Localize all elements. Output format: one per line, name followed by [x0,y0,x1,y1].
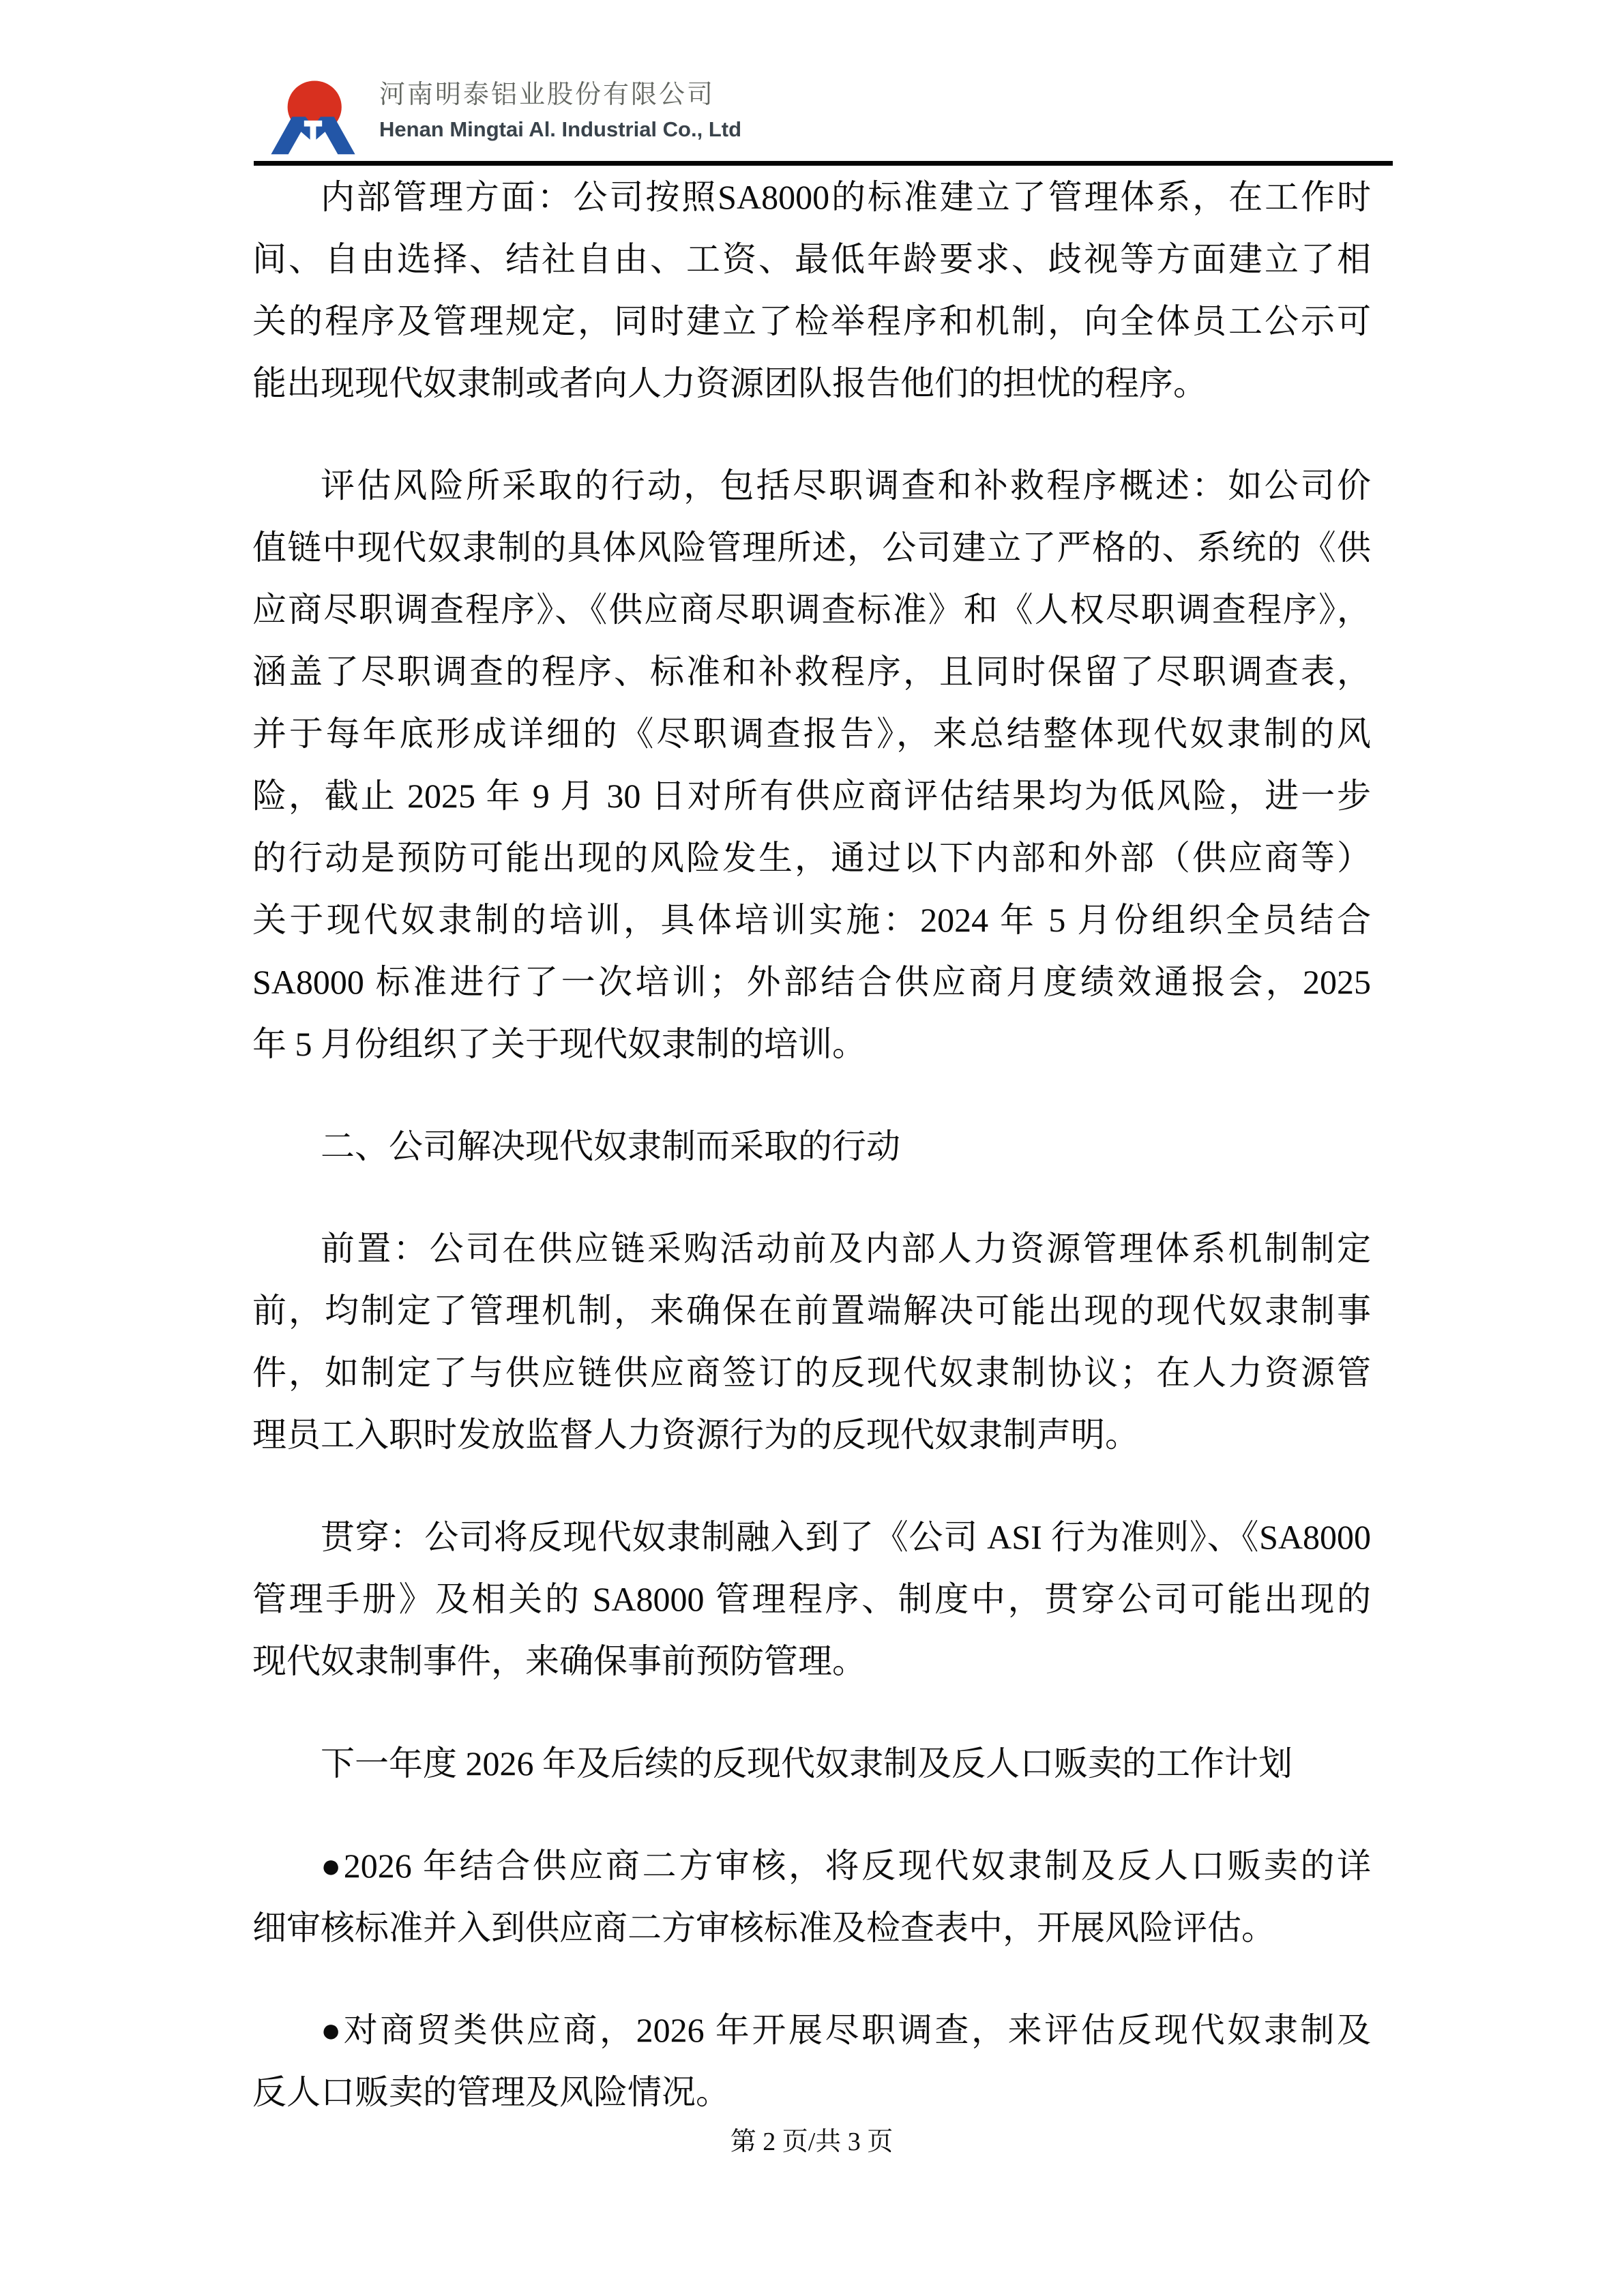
text-line: 关的程序及管理规定，同时建立了检举程序和机制，向全体员工公示可 [252,290,1371,353]
text-line: 管理手册》及相关的 SA8000 管理程序、制度中，贯穿公司可能出现的 [252,1568,1371,1630]
mingtai-logo-icon [268,79,358,158]
document-body: 内部管理方面：公司按照SA8000的标准建立了管理体系，在工作时 间、自由选择、… [252,166,1371,2123]
bullet-line: ●2026 年结合供应商二方审核，将反现代奴隶制及反人口贩卖的详 [252,1835,1371,1897]
text-line: 年 5 月份组织了关于现代奴隶制的培训。 [252,1013,1371,1075]
text-line: 理员工入职时发放监督人力资源行为的反现代奴隶制声明。 [252,1404,1371,1466]
section-heading: 二、公司解决现代奴隶制而采取的行动 [252,1116,1371,1178]
text-line: 的行动是预防可能出现的风险发生，通过以下内部和外部（供应商等） [252,827,1371,889]
header-divider [254,161,1393,166]
text-line: 贯穿：公司将反现代奴隶制融入到了《公司 ASI 行为准则》、《SA8000 [252,1506,1371,1568]
paragraph-pre-placement: 前置：公司在供应链采购活动前及内部人力资源管理体系机制制定 前，均制定了管理机制… [252,1218,1371,1466]
text-line: 前置：公司在供应链采购活动前及内部人力资源管理体系机制制定 [252,1218,1371,1280]
section-heading-actions: 二、公司解决现代奴隶制而采取的行动 [252,1116,1371,1178]
paragraph-internal-management: 内部管理方面：公司按照SA8000的标准建立了管理体系，在工作时 间、自由选择、… [252,166,1371,415]
text-line: 值链中现代奴隶制的具体风险管理所述，公司建立了严格的、系统的《供 [252,517,1371,579]
document-page: 河南明泰铝业股份有限公司 Henan Mingtai Al. Industria… [0,0,1624,2296]
text-line: 并于每年底形成详细的《尽职调查报告》，来总结整体现代奴隶制的风 [252,703,1371,765]
page-footer: 第 2 页/共 3 页 [252,2126,1371,2158]
bullet-trade-suppliers: ●对商贸类供应商，2026 年开展尽职调查，来评估反现代奴隶制及 反人口贩卖的管… [252,1999,1371,2123]
company-name-en: Henan Mingtai Al. Industrial Co., Ltd [379,116,741,143]
text-line: 反人口贩卖的管理及风险情况。 [252,2061,1371,2123]
paragraph-risk-assessment-actions: 评估风险所采取的行动，包括尽职调查和补救程序概述：如公司价 值链中现代奴隶制的具… [252,455,1371,1075]
text-line: 件，如制定了与供应链供应商签订的反现代奴隶制协议；在人力资源管 [252,1342,1371,1404]
text-line: SA8000 标准进行了一次培训；外部结合供应商月度绩效通报会，2025 [252,951,1371,1013]
company-logo [268,79,358,158]
bullet-line: ●对商贸类供应商，2026 年开展尽职调查，来评估反现代奴隶制及 [252,1999,1371,2061]
text-line: 前，均制定了管理机制，来确保在前置端解决可能出现的现代奴隶制事 [252,1280,1371,1342]
text-line: 涵盖了尽职调查的程序、标准和补救程序，且同时保留了尽职调查表， [252,641,1371,703]
heading-next-year-plan: 下一年度 2026 年及后续的反现代奴隶制及反人口贩卖的工作计划 [252,1733,1371,1795]
text-line: 关于现代奴隶制的培训，具体培训实施：2024 年 5 月份组织全员结合 [252,889,1371,951]
page-number: 第 2 页/共 3 页 [730,2128,894,2156]
company-name-zh: 河南明泰铝业股份有限公司 [379,79,741,110]
text-line: 间、自由选择、结社自由、工资、最低年龄要求、歧视等方面建立了相 [252,228,1371,290]
text-line: 评估风险所采取的行动，包括尽职调查和补救程序概述：如公司价 [252,455,1371,517]
text-line: 现代奴隶制事件，来确保事前预防管理。 [252,1630,1371,1693]
company-names: 河南明泰铝业股份有限公司 Henan Mingtai Al. Industria… [379,79,741,143]
text-line: 险，截止 2025 年 9 月 30 日对所有供应商评估结果均为低风险，进一步 [252,765,1371,827]
text-line: 能出现现代奴隶制或者向人力资源团队报告他们的担忧的程序。 [252,353,1371,415]
section-heading: 下一年度 2026 年及后续的反现代奴隶制及反人口贩卖的工作计划 [252,1733,1371,1795]
text-line: 内部管理方面：公司按照SA8000的标准建立了管理体系，在工作时 [252,166,1371,228]
paragraph-throughout: 贯穿：公司将反现代奴隶制融入到了《公司 ASI 行为准则》、《SA8000 管理… [252,1506,1371,1693]
text-line: 应商尽职调查程序》、《供应商尽职调查标准》和《人权尽职调查程序》， [252,579,1371,641]
bullet-supplier-audit: ●2026 年结合供应商二方审核，将反现代奴隶制及反人口贩卖的详 细审核标准并入… [252,1835,1371,1959]
text-line: 细审核标准并入到供应商二方审核标准及检查表中，开展风险评估。 [252,1897,1371,1959]
